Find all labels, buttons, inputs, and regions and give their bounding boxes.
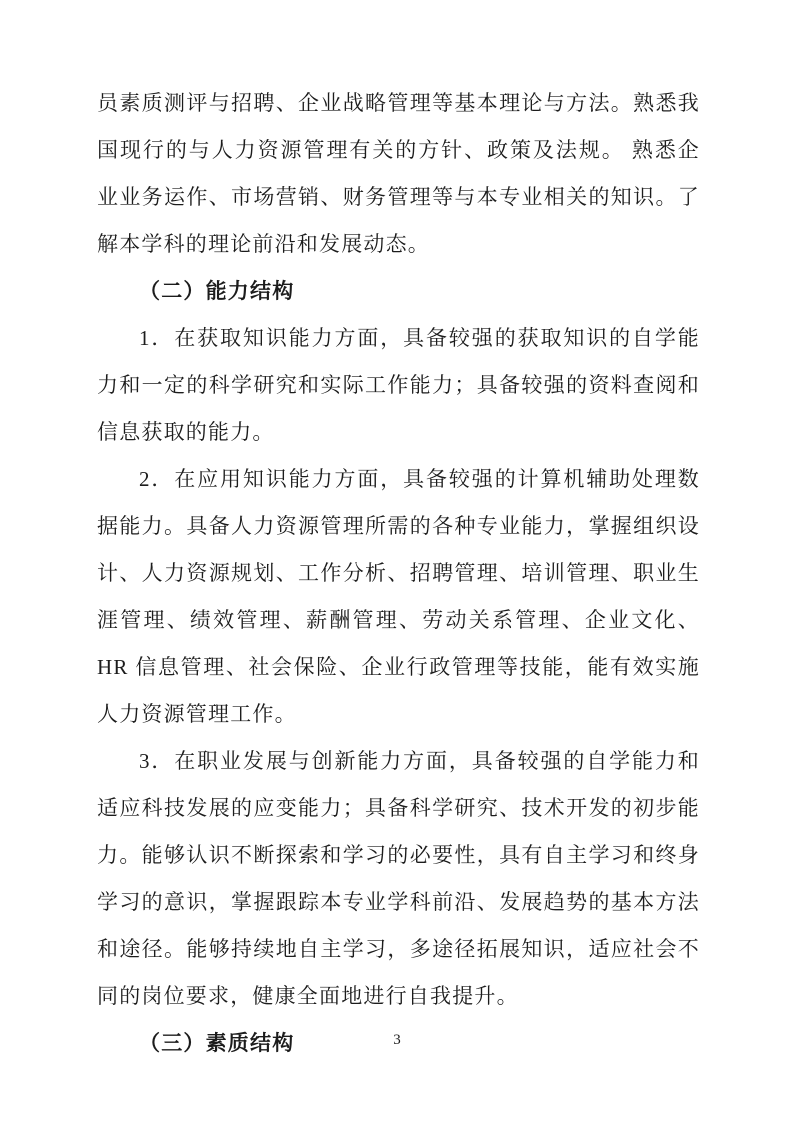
- paragraph: 2．在应用知识能力方面，具备较强的计算机辅助处理数据能力。具备人力资源管理所需的…: [97, 456, 700, 738]
- paragraph: 1．在获取知识能力方面，具备较强的获取知识的自学能力和一定的科学研究和实际工作能…: [97, 315, 700, 456]
- page-body: 员素质测评与招聘、企业战略管理等基本理论与方法。熟悉我国现行的与人力资源管理有关…: [97, 80, 700, 1067]
- paragraph: 3．在职业发展与创新能力方面，具备较强的自学能力和适应科技发展的应变能力；具备科…: [97, 738, 700, 1020]
- page-number: 3: [393, 1032, 401, 1048]
- section-heading: （二）能力结构: [97, 268, 700, 315]
- page-footer: 3: [0, 1030, 794, 1050]
- paragraph: 员素质测评与招聘、企业战略管理等基本理论与方法。熟悉我国现行的与人力资源管理有关…: [97, 80, 700, 268]
- document-page: 员素质测评与招聘、企业战略管理等基本理论与方法。熟悉我国现行的与人力资源管理有关…: [0, 0, 794, 1122]
